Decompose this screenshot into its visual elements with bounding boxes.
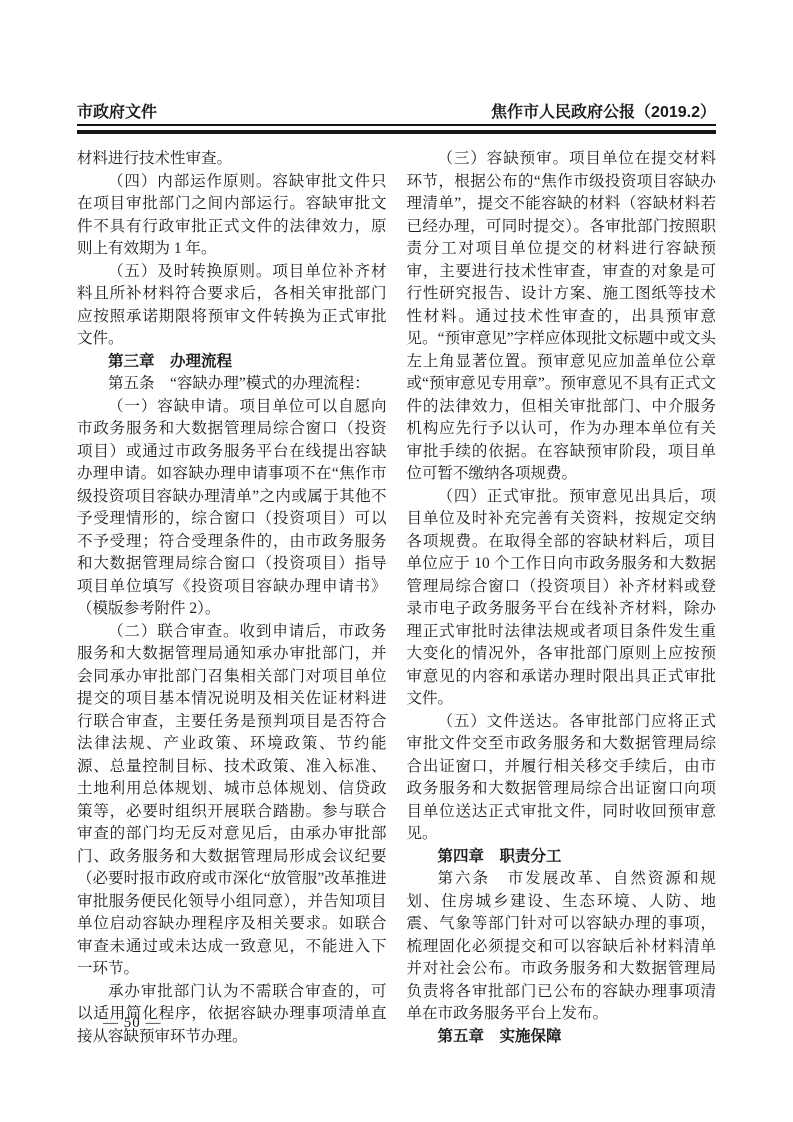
header-section-title: 市政府文件 — [77, 104, 157, 121]
paragraph: （一）容缺申请。项目单位可以自愿向市政务服务和大数据管理局综合窗口（投资项目）或… — [77, 396, 387, 621]
header-gazette-title: 焦作市人民政府公报（2019.2） — [491, 104, 716, 121]
paragraph: （四）内部运作原则。容缺审批文件只在项目审批部门之间内部运行。容缺审批文件不具有… — [77, 171, 387, 261]
paragraph: （四）正式审批。预审意见出具后，项目单位及时补充完善有关资料，按规定交纳各项规费… — [407, 486, 717, 711]
header-rule-thick — [77, 130, 716, 134]
page-header: 市政府文件 焦作市人民政府公报（2019.2） — [77, 104, 716, 121]
column-right: （三）容缺预审。项目单位在提交材料环节，根据公布的“焦作市级投资项目容缺办理清单… — [407, 148, 717, 1048]
paragraph: 材料进行技术性审查。 — [77, 148, 387, 171]
paragraph: （五）文件送达。各审批部门应将正式审批文件交至市政务服务和大数据管理局综合出证窗… — [407, 711, 717, 846]
chapter-heading: 第五章 实施保障 — [407, 1026, 717, 1049]
page-number: — 50 — — [103, 1012, 162, 1034]
paragraph: （五）及时转换原则。项目单位补齐材料且所补材料符合要求后，各相关审批部门应按照承… — [77, 261, 387, 351]
header-rule-thin — [77, 124, 716, 126]
document-page: 市政府文件 焦作市人民政府公报（2019.2） 材料进行技术性审查。（四）内部运… — [0, 0, 793, 1122]
paragraph: （三）容缺预审。项目单位在提交材料环节，根据公布的“焦作市级投资项目容缺办理清单… — [407, 148, 717, 486]
body-columns: 材料进行技术性审查。（四）内部运作原则。容缺审批文件只在项目审批部门之间内部运行… — [77, 148, 716, 1048]
paragraph: （二）联合审查。收到申请后，市政务服务和大数据管理局通知承办审批部门，并会同承办… — [77, 621, 387, 981]
paragraph: 第五条 “容缺办理”模式的办理流程： — [77, 373, 387, 396]
paragraph: 第六条 市发展改革、自然资源和规划、住房城乡建设、生态环境、人防、地震、气象等部… — [407, 868, 717, 1026]
column-left: 材料进行技术性审查。（四）内部运作原则。容缺审批文件只在项目审批部门之间内部运行… — [77, 148, 387, 1048]
chapter-heading: 第四章 职责分工 — [407, 846, 717, 869]
chapter-heading: 第三章 办理流程 — [77, 351, 387, 374]
